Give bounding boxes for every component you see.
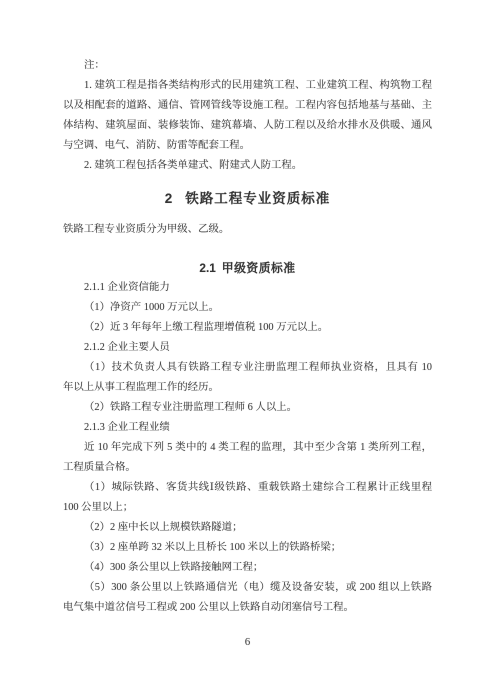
clause-2-1-3-item2: （2）2 座中长以上规模铁路隧道； bbox=[63, 518, 432, 538]
note-item1-line3: 体结构、建筑屋面、装修装饰、建筑幕墙、人防工程以及给水排水及供暖、通风 bbox=[63, 116, 432, 136]
chapter-heading: 2铁路工程专业资质标准 bbox=[63, 186, 432, 212]
clause-2-1-2-item1-line1: （1）技术负责人具有铁路工程专业注册监理工程师执业资格，且具有 10 bbox=[63, 358, 432, 378]
document-page: 注： 1. 建筑工程是指各类结构形式的民用建筑工程、工业建筑工程、构筑物工程 以… bbox=[0, 0, 495, 700]
clause-2-1-3-heading: 2.1.3 企业工程业绩 bbox=[63, 418, 432, 438]
chapter-number: 2 bbox=[165, 191, 173, 206]
clause-2-1-3-item5-line2: 电气集中道岔信号工程或 200 公里以上铁路自动闭塞信号工程。 bbox=[63, 598, 432, 618]
clause-2-1-3-item3: （3）2 座单跨 32 米以上且桥长 100 米以上的铁路桥梁； bbox=[63, 538, 432, 558]
clause-2-1-2-item1-line2: 年以上从事工程监理工作的经历。 bbox=[63, 378, 432, 398]
section-2-1-title: 甲级资质标准 bbox=[222, 261, 296, 275]
clause-2-1-3-item5-line1: （5）300 条公里以上铁路通信光（电）缆及设备安装，或 200 组以上铁路 bbox=[63, 578, 432, 598]
chapter-title: 铁路工程专业资质标准 bbox=[185, 191, 330, 206]
page-number: 6 bbox=[0, 636, 495, 648]
clause-2-1-2-item2: （2）铁路工程专业注册监理工程师 6 人以上。 bbox=[63, 398, 432, 418]
section-2-1-number: 2.1 bbox=[199, 261, 215, 275]
note-item1-line2: 以及相配套的道路、通信、管网管线等设施工程。工程内容包括地基与基础、主 bbox=[63, 96, 432, 116]
page-content: 注： 1. 建筑工程是指各类结构形式的民用建筑工程、工业建筑工程、构筑物工程 以… bbox=[63, 56, 432, 618]
clause-2-1-3-item4: （4）300 条公里以上铁路接触网工程； bbox=[63, 558, 432, 578]
chapter-intro: 铁路工程专业资质分为甲级、乙级。 bbox=[63, 220, 432, 240]
clause-2-1-2-heading: 2.1.2 企业主要人员 bbox=[63, 338, 432, 358]
note-item1-line1: 1. 建筑工程是指各类结构形式的民用建筑工程、工业建筑工程、构筑物工程 bbox=[63, 76, 432, 96]
note-item1-line4: 与空调、电气、消防、防雷等配套工程。 bbox=[63, 136, 432, 156]
clause-2-1-1-item2: （2）近 3 年每年上缴工程监理增值税 100 万元以上。 bbox=[63, 318, 432, 338]
clause-2-1-1-heading: 2.1.1 企业资信能力 bbox=[63, 278, 432, 298]
clause-2-1-1-item1: （1）净资产 1000 万元以上。 bbox=[63, 298, 432, 318]
clause-2-1-3-item1-line1: （1）城际铁路、客货共线Ⅰ级铁路、重载铁路土建综合工程累计正线里程 bbox=[63, 478, 432, 498]
clause-2-1-3-item1-line2: 100 公里以上； bbox=[63, 498, 432, 518]
section-2-1-heading: 2.1甲级资质标准 bbox=[63, 258, 432, 278]
clause-2-1-3-intro-line2: 工程质量合格。 bbox=[63, 458, 432, 478]
note-item2: 2. 建筑工程包括各类单建式、附建式人防工程。 bbox=[63, 156, 432, 176]
note-label: 注： bbox=[63, 56, 432, 76]
clause-2-1-3-intro-line1: 近 10 年完成下列 5 类中的 4 类工程的监理，其中至少含第 1 类所列工程… bbox=[63, 438, 432, 458]
